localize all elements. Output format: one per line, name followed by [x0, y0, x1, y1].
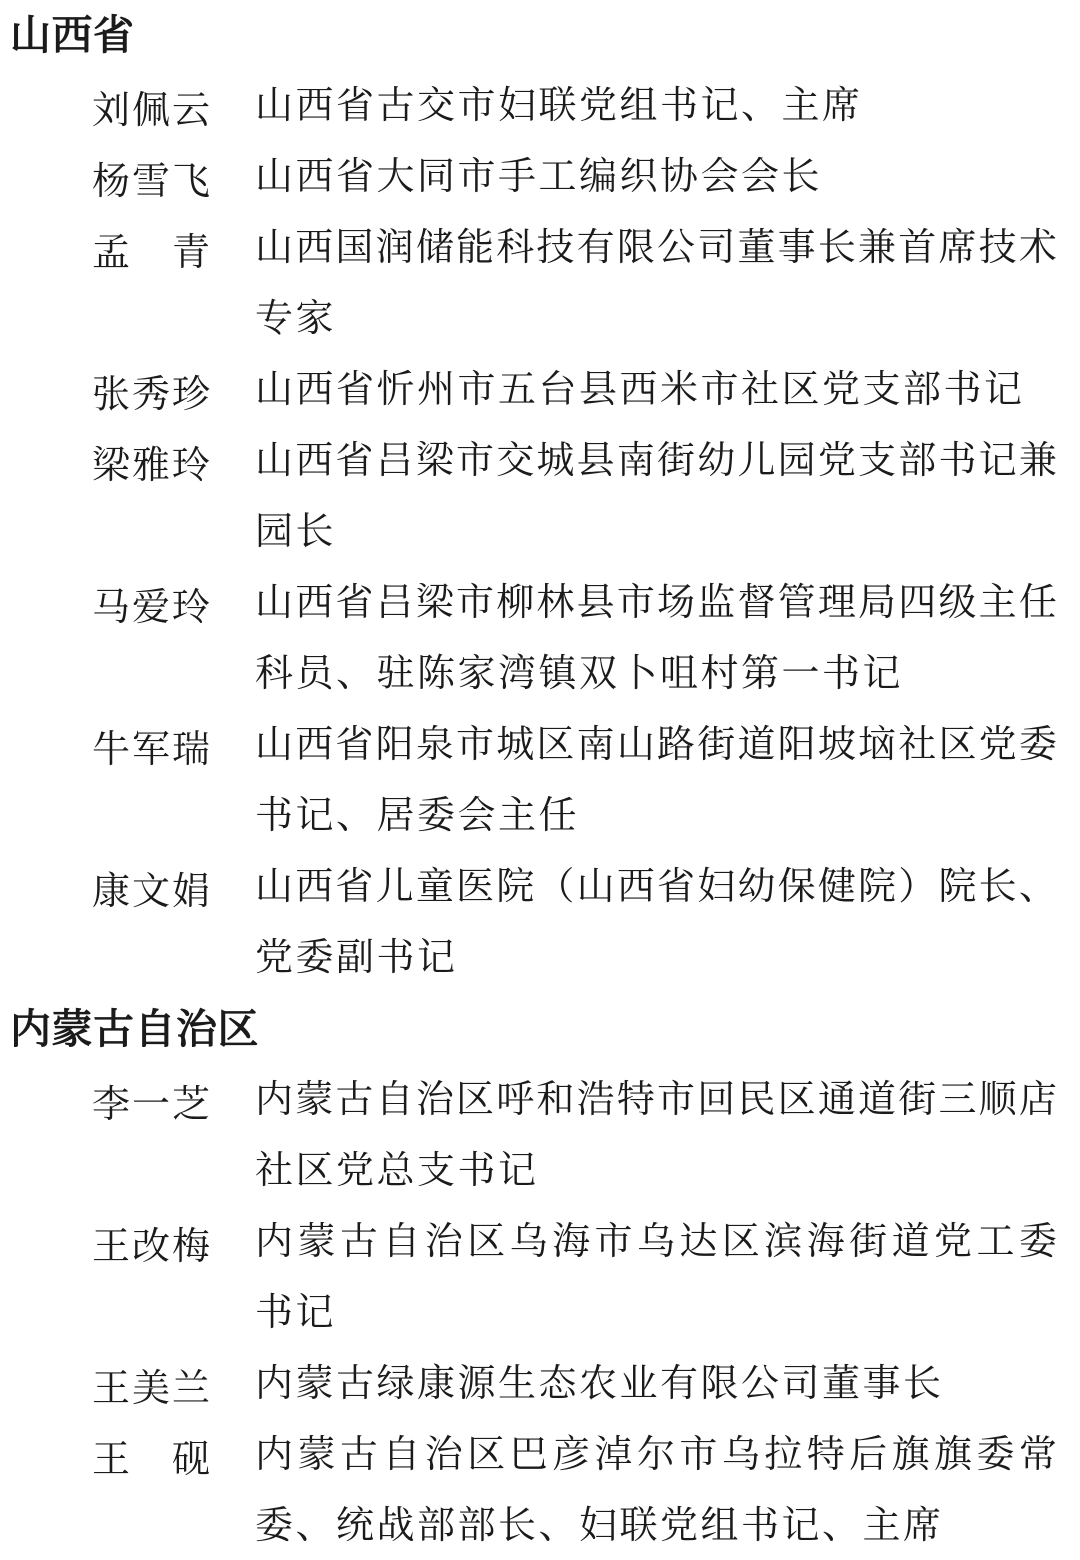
entry: 张秀珍 山西省忻州市五台县西米市社区党支部书记: [0, 355, 1080, 426]
title-line: 委、统战部部长、妇联党组书记、主席: [255, 1491, 1057, 1560]
title-line: 山西省吕梁市交城县南街幼儿园党支部书记兼: [255, 426, 1057, 497]
honoree-name: 杨雪飞: [92, 142, 210, 213]
title-line: 山西国润储能科技有限公司董事长兼首席技术: [255, 213, 1057, 284]
title-line: 山西省阳泉市城区南山路街道阳坡垴社区党委: [255, 710, 1057, 781]
title-line: 山西省古交市妇联党组书记、主席: [255, 71, 1057, 142]
entry: 王砚 内蒙古自治区巴彦淖尔市乌拉特后旗旗委常 委、统战部部长、妇联党组书记、主席: [0, 1420, 1080, 1560]
honoree-title: 山西省忻州市五台县西米市社区党支部书记: [255, 355, 1057, 426]
honoree-name: 马爱玲: [92, 568, 210, 639]
honoree-name: 牛军瑞: [92, 710, 210, 781]
entry: 王美兰 内蒙古绿康源生态农业有限公司董事长: [0, 1349, 1080, 1420]
title-line: 书记: [255, 1278, 1057, 1349]
title-line: 专家: [255, 284, 1057, 355]
honoree-title: 山西省古交市妇联党组书记、主席: [255, 71, 1057, 142]
honoree-title: 内蒙古自治区乌海市乌达区滨海街道党工委 书记: [255, 1207, 1057, 1349]
honoree-title: 内蒙古自治区巴彦淖尔市乌拉特后旗旗委常 委、统战部部长、妇联党组书记、主席: [255, 1420, 1057, 1560]
honoree-name: 刘佩云: [92, 71, 210, 142]
entry: 梁雅玲 山西省吕梁市交城县南街幼儿园党支部书记兼 园长: [0, 426, 1080, 568]
honoree-name: 王美兰: [92, 1349, 210, 1420]
entry: 杨雪飞 山西省大同市手工编织协会会长: [0, 142, 1080, 213]
entry: 马爱玲 山西省吕梁市柳林县市场监督管理局四级主任 科员、驻陈家湾镇双卜咀村第一书…: [0, 568, 1080, 710]
title-line: 社区党总支书记: [255, 1136, 1057, 1207]
honoree-title: 山西省吕梁市交城县南街幼儿园党支部书记兼 园长: [255, 426, 1057, 568]
honoree-name: 梁雅玲: [92, 426, 210, 497]
entry: 刘佩云 山西省古交市妇联党组书记、主席: [0, 71, 1080, 142]
title-line: 山西省吕梁市柳林县市场监督管理局四级主任: [255, 568, 1057, 639]
section-header-neimenggu: 内蒙古自治区: [0, 994, 1080, 1065]
title-line: 内蒙古自治区巴彦淖尔市乌拉特后旗旗委常: [255, 1420, 1057, 1491]
entry: 王改梅 内蒙古自治区乌海市乌达区滨海街道党工委 书记: [0, 1207, 1080, 1349]
entry: 孟青 山西国润储能科技有限公司董事长兼首席技术 专家: [0, 213, 1080, 355]
title-line: 书记、居委会主任: [255, 781, 1057, 852]
entry: 康文娟 山西省儿童医院（山西省妇幼保健院）院长、 党委副书记: [0, 852, 1080, 994]
section-header-shanxi: 山西省: [0, 0, 1080, 71]
title-line: 内蒙古绿康源生态农业有限公司董事长: [255, 1349, 1057, 1420]
honoree-title: 山西省吕梁市柳林县市场监督管理局四级主任 科员、驻陈家湾镇双卜咀村第一书记: [255, 568, 1057, 710]
honoree-title: 山西国润储能科技有限公司董事长兼首席技术 专家: [255, 213, 1057, 355]
title-line: 山西省忻州市五台县西米市社区党支部书记: [255, 355, 1057, 426]
honoree-name: 孟青: [92, 213, 210, 284]
title-line: 内蒙古自治区乌海市乌达区滨海街道党工委: [255, 1207, 1057, 1278]
honoree-name: 康文娟: [92, 852, 210, 923]
honoree-title: 山西省大同市手工编织协会会长: [255, 142, 1057, 213]
title-line: 内蒙古自治区呼和浩特市回民区通道街三顺店: [255, 1065, 1057, 1136]
honoree-name: 王改梅: [92, 1207, 210, 1278]
title-line: 科员、驻陈家湾镇双卜咀村第一书记: [255, 639, 1057, 710]
honoree-name: 李一芝: [92, 1065, 210, 1136]
entry: 牛军瑞 山西省阳泉市城区南山路街道阳坡垴社区党委 书记、居委会主任: [0, 710, 1080, 852]
title-line: 园长: [255, 497, 1057, 568]
honoree-name: 王砚: [92, 1420, 210, 1491]
title-line: 山西省大同市手工编织协会会长: [255, 142, 1057, 213]
title-line: 山西省儿童医院（山西省妇幼保健院）院长、: [255, 852, 1057, 923]
entry: 李一芝 内蒙古自治区呼和浩特市回民区通道街三顺店 社区党总支书记: [0, 1065, 1080, 1207]
honoree-title: 内蒙古自治区呼和浩特市回民区通道街三顺店 社区党总支书记: [255, 1065, 1057, 1207]
honoree-title: 山西省阳泉市城区南山路街道阳坡垴社区党委 书记、居委会主任: [255, 710, 1057, 852]
honoree-title: 山西省儿童医院（山西省妇幼保健院）院长、 党委副书记: [255, 852, 1057, 994]
honoree-title: 内蒙古绿康源生态农业有限公司董事长: [255, 1349, 1057, 1420]
title-line: 党委副书记: [255, 923, 1057, 994]
document-page: 山西省 刘佩云 山西省古交市妇联党组书记、主席 杨雪飞 山西省大同市手工编织协会…: [0, 0, 1080, 1560]
honoree-name: 张秀珍: [92, 355, 210, 426]
